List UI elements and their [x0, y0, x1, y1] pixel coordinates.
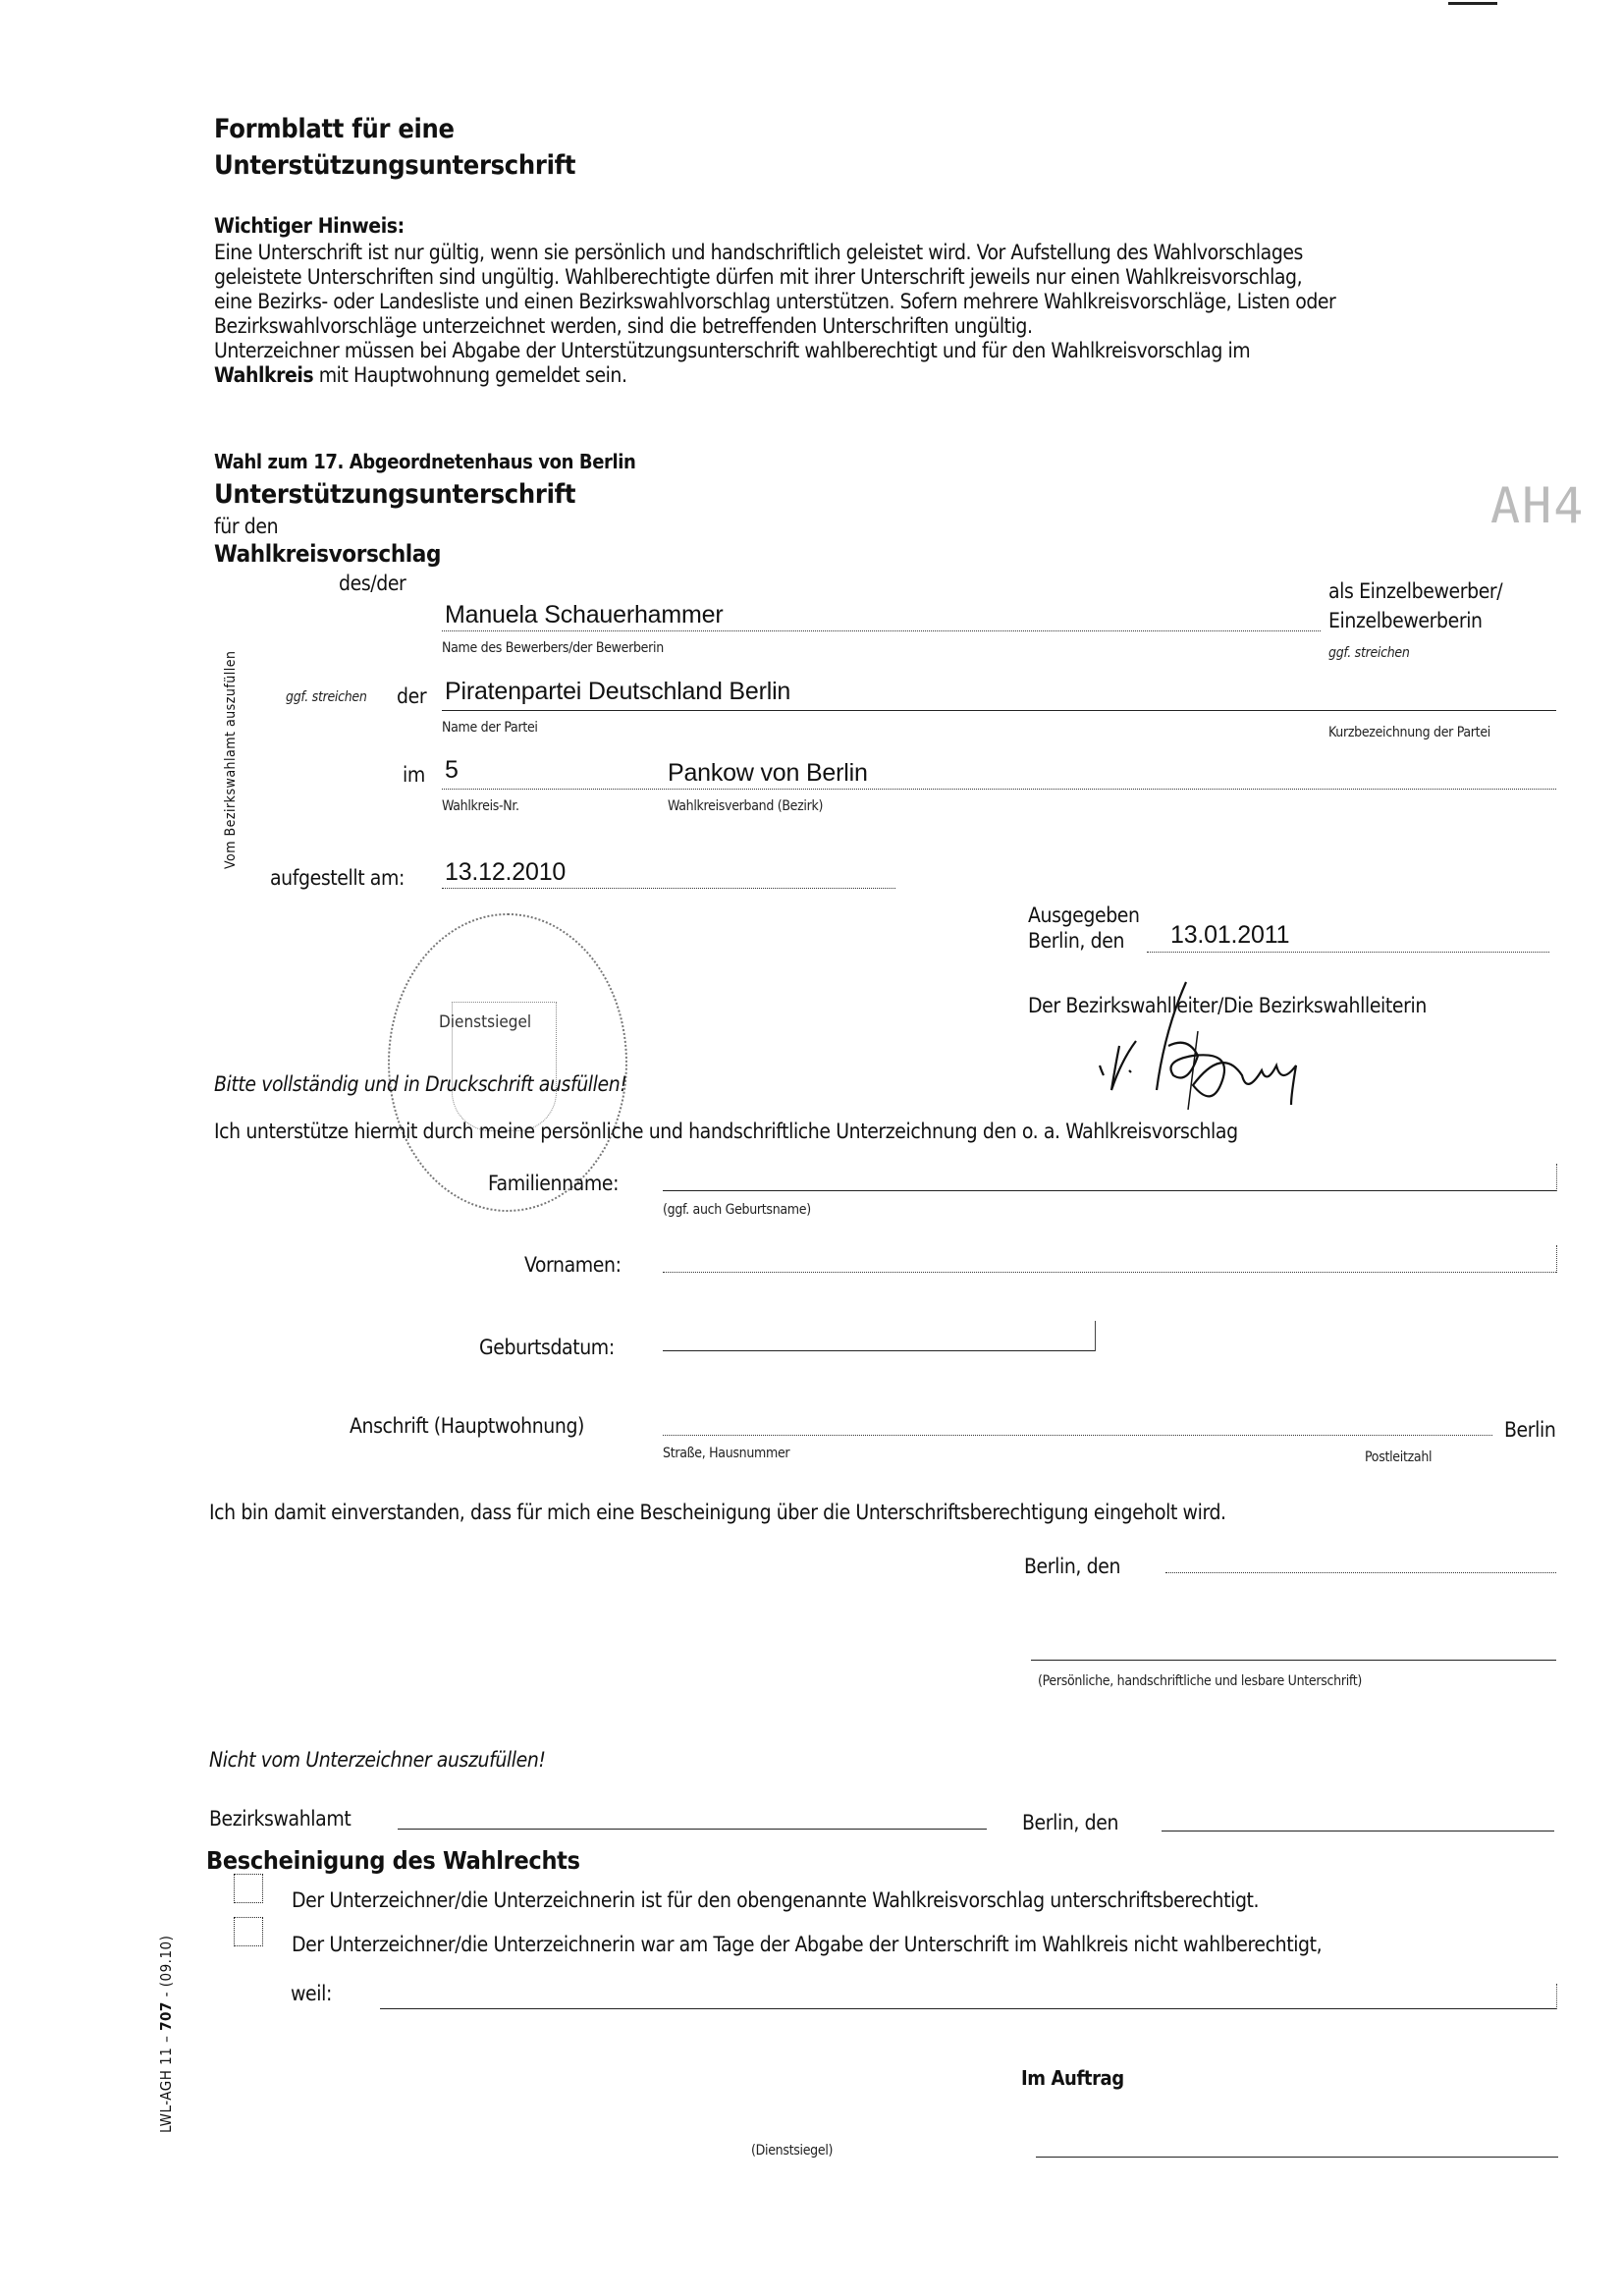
- familienname-caption: (ggf. auch Geburtsname): [663, 1202, 811, 1218]
- weil-end-tick: [1556, 1984, 1557, 2009]
- party-name-value: Piratenpartei Deutschland Berlin: [445, 678, 790, 706]
- issued-date-value: 13.01.2011: [1170, 921, 1289, 950]
- scan-mark: [1448, 2, 1497, 5]
- vornamen-end-tick: [1556, 1245, 1557, 1273]
- notice-line: Bezirkswahlvorschläge unterzeichnet werd…: [214, 314, 1335, 339]
- consent-text: Ich bin damit einverstanden, dass für mi…: [209, 1501, 1226, 1524]
- office-berlin-den-label: Berlin, den: [1022, 1811, 1118, 1834]
- option-berechtigt-label: Der Unterzeichner/die Unterzeichnerin is…: [292, 1888, 1259, 1912]
- wahlkreis-nr-value: 5: [445, 756, 459, 785]
- support-statement: Ich unterstütze hiermit durch meine pers…: [214, 1120, 1238, 1143]
- wahlkreisvorschlag-heading: Wahlkreisvorschlag: [214, 540, 441, 568]
- fill-instruction: Bitte vollständig und in Druckschrift au…: [214, 1072, 626, 1096]
- official-signature-line[interactable]: [1036, 2157, 1558, 2158]
- im-label: im: [403, 763, 425, 787]
- candidate-name-line: [442, 630, 1321, 631]
- office-date-line[interactable]: [1162, 1831, 1554, 1831]
- plz-caption: Postleitzahl: [1365, 1449, 1432, 1465]
- bezirkswahlamt-label: Bezirkswahlamt: [209, 1807, 351, 1831]
- anschrift-input[interactable]: [668, 1410, 1483, 1438]
- party-strike-hint: ggf. streichen: [286, 689, 367, 705]
- notice-line: Unterzeichner müssen bei Abgabe der Unte…: [214, 339, 1335, 363]
- party-name-line: [442, 710, 1556, 711]
- weil-label: weil:: [291, 1982, 332, 2005]
- corner-code-mark: AH4: [1490, 477, 1585, 534]
- party-prefix: der: [397, 684, 426, 708]
- notice-line: eine Bezirks- oder Landesliste und einen…: [214, 290, 1335, 314]
- notice-line: Wahlkreis mit Hauptwohnung gemeldet sein…: [214, 363, 1335, 388]
- geburtsdatum-line: [663, 1350, 1095, 1351]
- aufgestellt-value: 13.12.2010: [445, 858, 566, 887]
- ausgegeben-label: Ausgegeben: [1028, 903, 1140, 927]
- signature-caption: (Persönliche, handschriftliche und lesba…: [1038, 1673, 1362, 1689]
- wahlkreis-line: [442, 789, 1556, 790]
- wahlkreis-nr-caption: Wahlkreis-Nr.: [442, 798, 519, 814]
- vornamen-line: [663, 1272, 1556, 1273]
- supporter-date-line[interactable]: [1165, 1572, 1556, 1573]
- vornamen-label: Vornamen:: [524, 1253, 622, 1277]
- anschrift-city: Berlin: [1504, 1418, 1555, 1442]
- dienstsiegel-caption: (Dienstsiegel): [751, 2143, 833, 2159]
- option-nicht-berechtigt-label: Der Unterzeichner/die Unterzeichnerin wa…: [292, 1933, 1322, 1956]
- wahlkreisverband-caption: Wahlkreisverband (Bezirk): [668, 798, 823, 814]
- form-title-line2: Unterstützungsunterschrift: [214, 150, 575, 181]
- anschrift-line: [663, 1435, 1492, 1436]
- notice-bold-word: Wahlkreis: [214, 363, 313, 387]
- bescheinigung-heading: Bescheinigung des Wahlrechts: [206, 1846, 580, 1875]
- side-label-bezirkswahlamt: Vom Bezirkswahlamt auszufüllen: [223, 651, 239, 869]
- einzelbewerber-line1: als Einzelbewerber/: [1328, 579, 1502, 603]
- supporter-signature-line[interactable]: [1031, 1660, 1556, 1661]
- weil-line[interactable]: [380, 2008, 1556, 2009]
- form-code: LWL-AGH 11 – 707 - (09.10): [157, 1936, 175, 2133]
- party-short-caption: Kurzbezeichnung der Partei: [1328, 725, 1490, 740]
- notice-heading: Wichtiger Hinweis:: [214, 214, 405, 238]
- des-der-label: des/der: [339, 572, 406, 595]
- form-code-prefix: LWL-AGH 11 –: [157, 2031, 175, 2133]
- familienname-end-tick: [1556, 1164, 1557, 1191]
- aufgestellt-label: aufgestellt am:: [270, 866, 405, 890]
- stamp-label: Dienstsiegel: [439, 1012, 531, 1032]
- option-nicht-berechtigt-checkbox[interactable]: [234, 1917, 263, 1946]
- option-berechtigt-checkbox[interactable]: [234, 1874, 263, 1903]
- einzelbewerber-line2: Einzelbewerberin: [1328, 609, 1483, 632]
- office-note: Nicht vom Unterzeichner auszufüllen!: [209, 1748, 546, 1772]
- election-heading: Unterstützungsunterschrift: [214, 479, 575, 510]
- bezirkswahlamt-line[interactable]: [398, 1829, 987, 1830]
- notice-line-rest: mit Hauptwohnung gemeldet sein.: [313, 363, 626, 387]
- notice-line: geleistete Unterschriften sind ungültig.…: [214, 265, 1335, 290]
- form-code-suffix: - (09.10): [157, 1936, 175, 2002]
- issued-berlin-den-label: Berlin, den: [1028, 929, 1124, 953]
- familienname-label: Familienname:: [488, 1172, 619, 1195]
- im-auftrag-label: Im Auftrag: [1021, 2066, 1124, 2090]
- vornamen-input[interactable]: [668, 1247, 1551, 1275]
- notice-line: Eine Unterschrift ist nur gültig, wenn s…: [214, 241, 1335, 265]
- aufgestellt-line: [442, 888, 895, 889]
- wahlkreisverband-value: Pankow von Berlin: [668, 759, 868, 788]
- issued-date-line: [1147, 952, 1549, 953]
- familienname-line: [663, 1190, 1556, 1191]
- einzelbewerber-caption: ggf. streichen: [1328, 645, 1410, 661]
- candidate-name-value: Manuela Schauerhammer: [445, 601, 723, 629]
- party-name-caption: Name der Partei: [442, 720, 538, 736]
- signature-icon: [1080, 972, 1473, 1120]
- strasse-caption: Straße, Hausnummer: [663, 1446, 789, 1461]
- anschrift-label: Anschrift (Hauptwohnung): [350, 1414, 584, 1438]
- form-code-number: 707: [157, 2001, 175, 2031]
- geburtsdatum-label: Geburtsdatum:: [479, 1336, 615, 1359]
- fuer-den-label: für den: [214, 515, 278, 538]
- notice-text: Eine Unterschrift ist nur gültig, wenn s…: [214, 241, 1335, 388]
- form-title-line1: Formblatt für eine: [214, 114, 455, 144]
- supporter-berlin-den-label: Berlin, den: [1024, 1555, 1120, 1578]
- election-subtitle: Wahl zum 17. Abgeordnetenhaus von Berlin: [214, 450, 635, 473]
- geburtsdatum-end-tick: [1095, 1321, 1096, 1351]
- candidate-name-caption: Name des Bewerbers/der Bewerberin: [442, 640, 664, 656]
